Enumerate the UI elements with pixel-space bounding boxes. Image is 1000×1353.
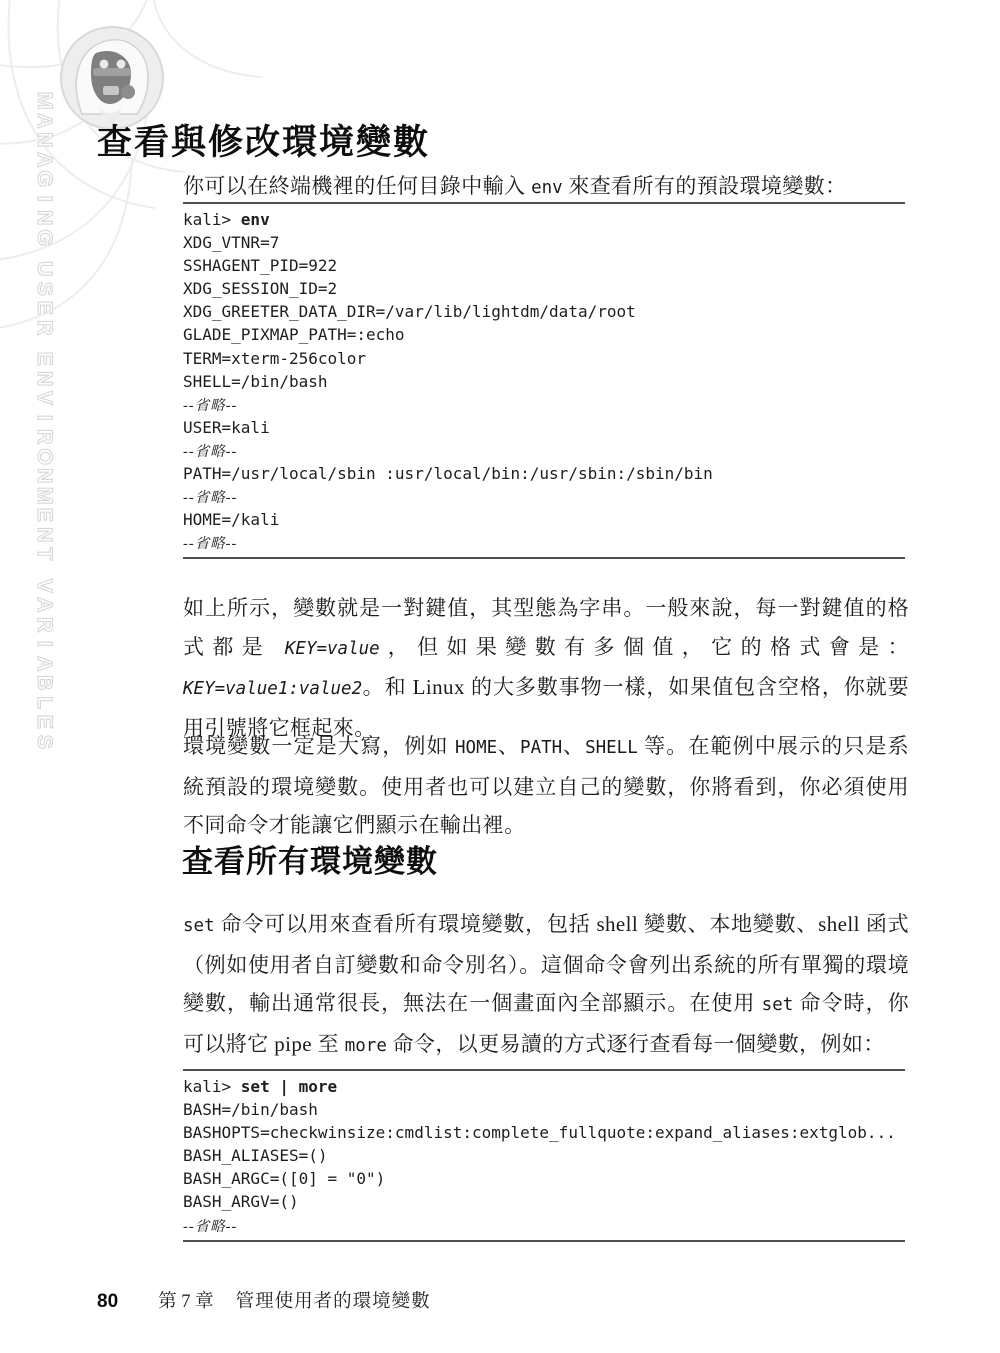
body-text: 、 — [562, 734, 585, 758]
code-command-line: kali> env — [183, 208, 905, 231]
paragraph-set-command: set 命令可以用來查看所有環境變數，包括 shell 變數、本地變數、shel… — [183, 905, 909, 1065]
code-output-line: BASH_ARGV=() — [183, 1190, 905, 1213]
code-output-line: SSHAGENT_PID=922 — [183, 254, 905, 277]
inline-code: KEY=value — [285, 639, 380, 659]
code-output-line: BASH_ARGC=([0] = "0") — [183, 1167, 905, 1190]
code-output-line: HOME=/kali — [183, 508, 905, 531]
body-text: 命令，以更易讀的方式逐行查看每一個變數，例如： — [387, 1032, 885, 1056]
code-output-line: XDG_GREETER_DATA_DIR=/var/lib/lightdm/da… — [183, 300, 905, 323]
body-text: 來查看所有的預設環境變數： — [563, 174, 847, 198]
inline-code: SHELL — [585, 738, 638, 758]
code-output-line: XDG_SESSION_ID=2 — [183, 277, 905, 300]
code-output-line: SHELL=/bin/bash — [183, 370, 905, 393]
body-text: 環境變數一定是大寫，例如 — [183, 734, 455, 758]
inline-code: set — [762, 995, 794, 1015]
code-output-line: BASH_ALIASES=() — [183, 1144, 905, 1167]
body-text: 你可以在終端機裡的任何目錄中輸入 — [183, 174, 531, 198]
body-text: 、 — [497, 734, 520, 758]
footer-chapter-title: 管理使用者的環境變數 — [236, 1287, 431, 1313]
code-block-env: kali> envXDG_VTNR=7SSHAGENT_PID=922XDG_S… — [183, 202, 905, 559]
code-snip-line: --省略-- — [183, 531, 905, 554]
paragraph-key-value: 如上所示，變數就是一對鍵值，其型態為字串。一般來說，每一對鍵值的格式都是 KEY… — [183, 589, 909, 747]
page-footer: 80 第 7 章 管理使用者的環境變數 — [97, 1287, 431, 1313]
footer-chapter-label: 第 7 章 — [158, 1287, 214, 1313]
code-snip-line: --省略-- — [183, 439, 905, 462]
code-output-line: BASHOPTS=checkwinsize:cmdlist:complete_f… — [183, 1121, 905, 1144]
code-output-line: GLADE_PIXMAP_PATH=:echo — [183, 323, 905, 346]
paragraph-uppercase-vars: 環境變數一定是大寫，例如 HOME、PATH、SHELL 等。在範例中展示的只是… — [183, 727, 909, 845]
code-snip-line: --省略-- — [183, 393, 905, 416]
page-title: 查看與修改環境變數 — [97, 115, 430, 165]
code-block-set: kali> set | moreBASH=/bin/bashBASHOPTS=c… — [183, 1069, 905, 1242]
code-output-line: USER=kali — [183, 416, 905, 439]
inline-code: KEY=value1:value2 — [183, 679, 362, 699]
sidebar-vertical-text: MANAGINGUSERENVIRONMENTVARIABLES — [27, 91, 61, 751]
inline-code: set — [183, 916, 215, 936]
code-output-line: XDG_VTNR=7 — [183, 231, 905, 254]
footer-page-number: 80 — [97, 1291, 118, 1313]
section-heading: 查看所有環境變數 — [182, 836, 438, 881]
code-output-line: TERM=xterm-256color — [183, 347, 905, 370]
sidebar-letter: S — [34, 724, 54, 758]
code-snip-line: --省略-- — [183, 485, 905, 508]
book-page: MANAGINGUSERENVIRONMENTVARIABLES 查看與修改環境… — [0, 0, 1000, 1353]
inline-code: more — [345, 1036, 387, 1056]
inline-code: PATH — [520, 738, 562, 758]
code-output-line: PATH=/usr/local/sbin :usr/local/bin:/usr… — [183, 462, 905, 485]
body-text: ，但如果變數有多個值，它的格式會是： — [380, 635, 909, 659]
code-output-line: BASH=/bin/bash — [183, 1098, 905, 1121]
code-snip-line: --省略-- — [183, 1214, 905, 1237]
inline-code: env — [531, 178, 563, 198]
code-command-line: kali> set | more — [183, 1075, 905, 1098]
inline-code: HOME — [455, 738, 497, 758]
